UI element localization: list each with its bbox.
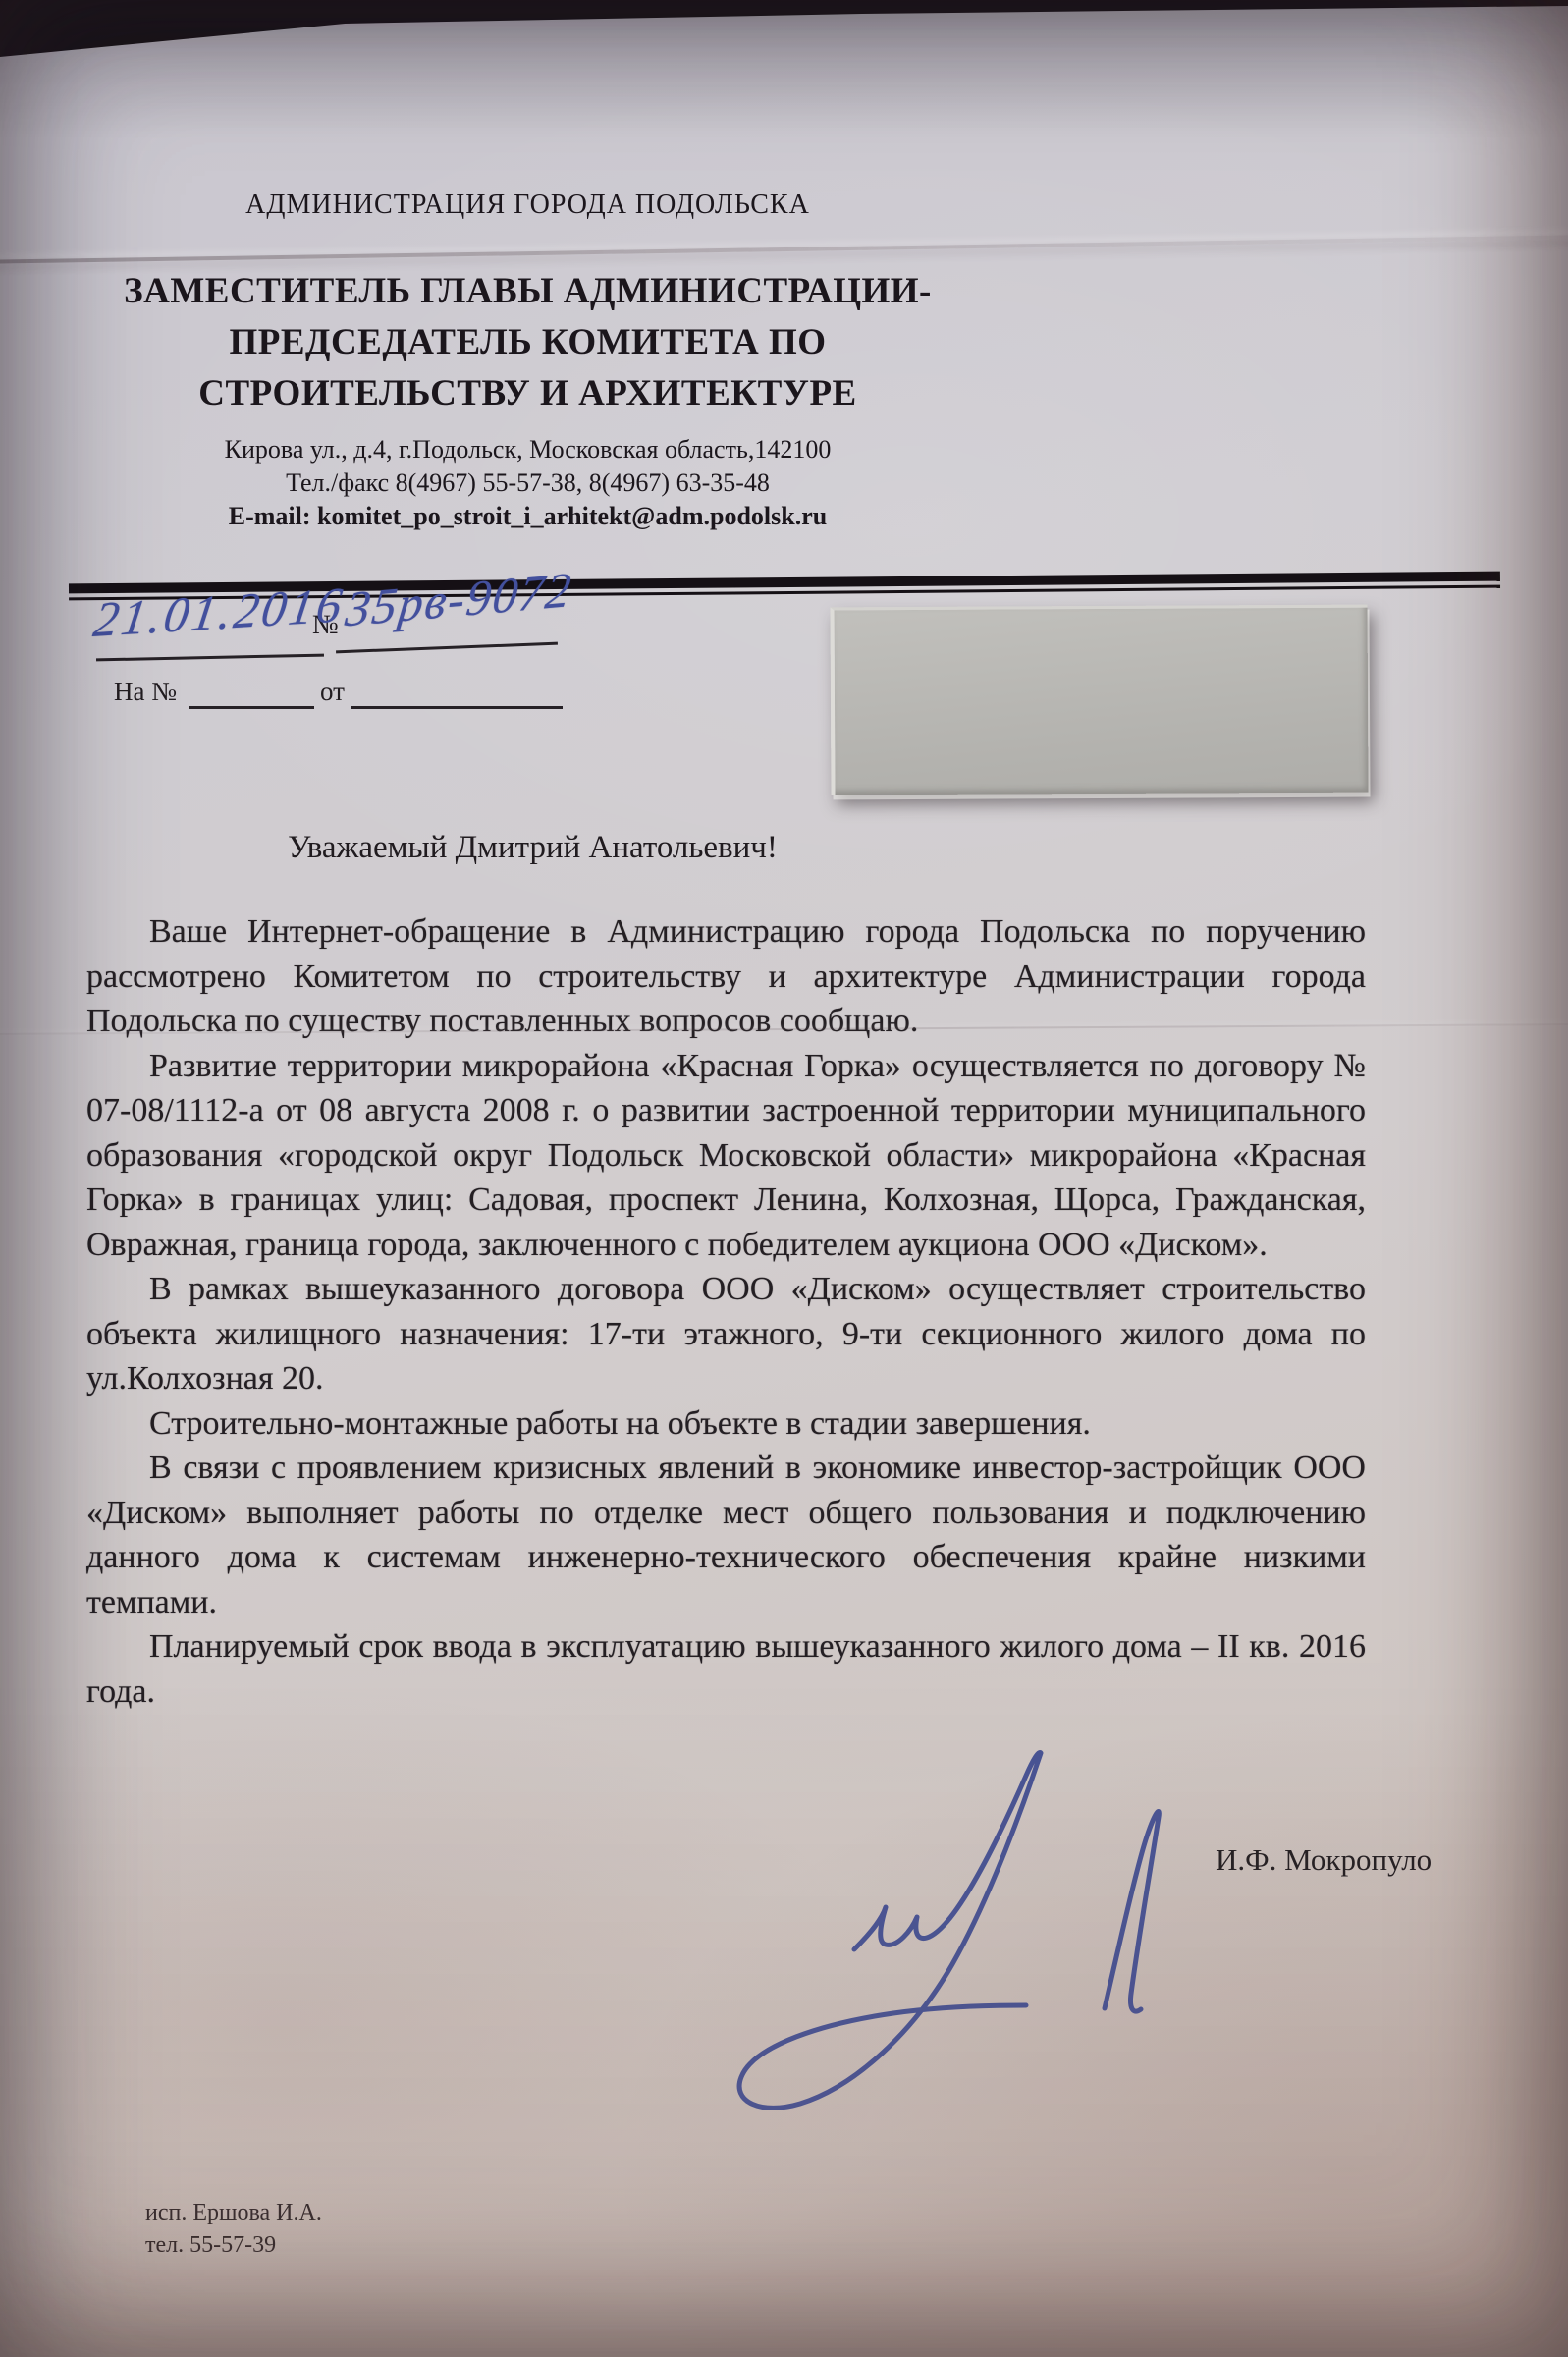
letterhead-address: Кирова ул., д.4, г.Подольск, Московская …: [0, 435, 1055, 465]
body-paragraph: Ваше Интернет-обращение в Администрацию …: [86, 909, 1366, 1044]
salutation: Уважаемый Дмитрий Анатольевич!: [0, 830, 1065, 866]
letterhead-phone: Тел./факс 8(4967) 55-57-38, 8(4967) 63-3…: [0, 468, 1055, 498]
executor-name: исп. Ершова И.А.: [145, 2200, 322, 2226]
sender-title-line: СТРОИТЕЛЬСТВУ И АРХИТЕКТУРЕ: [0, 368, 1055, 419]
body-paragraph: В рамках вышеуказанного договора ООО «Ди…: [86, 1267, 1366, 1401]
sender-title: ЗАМЕСТИТЕЛЬ ГЛАВЫ АДМИНИСТРАЦИИ- ПРЕДСЕД…: [0, 266, 1055, 419]
body-paragraph: Развитие территории микрорайона «Красная…: [86, 1044, 1366, 1268]
signer-name: И.Ф. Мокропуло: [1216, 1842, 1432, 1878]
letter-body: Ваше Интернет-обращение в Администрацию …: [86, 909, 1366, 1714]
redaction-box: [831, 605, 1369, 795]
reply-from-date-label: от: [320, 677, 345, 707]
reply-to-number-label: На №: [114, 677, 177, 707]
body-paragraph: Строительно-монтажные работы на объекте …: [86, 1401, 1366, 1447]
sender-title-line: ПРЕДСЕДАТЕЛЬ КОМИТЕТА ПО: [0, 317, 1055, 368]
organization-name: АДМИНИСТРАЦИЯ ГОРОДА ПОДОЛЬСКА: [0, 190, 1055, 221]
sender-title-line: ЗАМЕСТИТЕЛЬ ГЛАВЫ АДМИНИСТРАЦИИ-: [0, 266, 1055, 317]
reply-number-blank-line: [189, 706, 314, 709]
body-paragraph: В связи с проявлением кризисных явлений …: [86, 1446, 1366, 1624]
letterhead-email: E-mail: komitet_po_stroit_i_arhitekt@adm…: [0, 502, 1055, 531]
scanned-letter-photo: АДМИНИСТРАЦИЯ ГОРОДА ПОДОЛЬСКА ЗАМЕСТИТЕ…: [0, 0, 1568, 2357]
executor-phone: тел. 55-57-39: [145, 2232, 276, 2259]
reply-date-blank-line: [351, 706, 563, 709]
body-paragraph: Планируемый срок ввода в эксплуатацию вы…: [86, 1624, 1366, 1714]
handwritten-signature: [530, 1738, 1217, 2111]
